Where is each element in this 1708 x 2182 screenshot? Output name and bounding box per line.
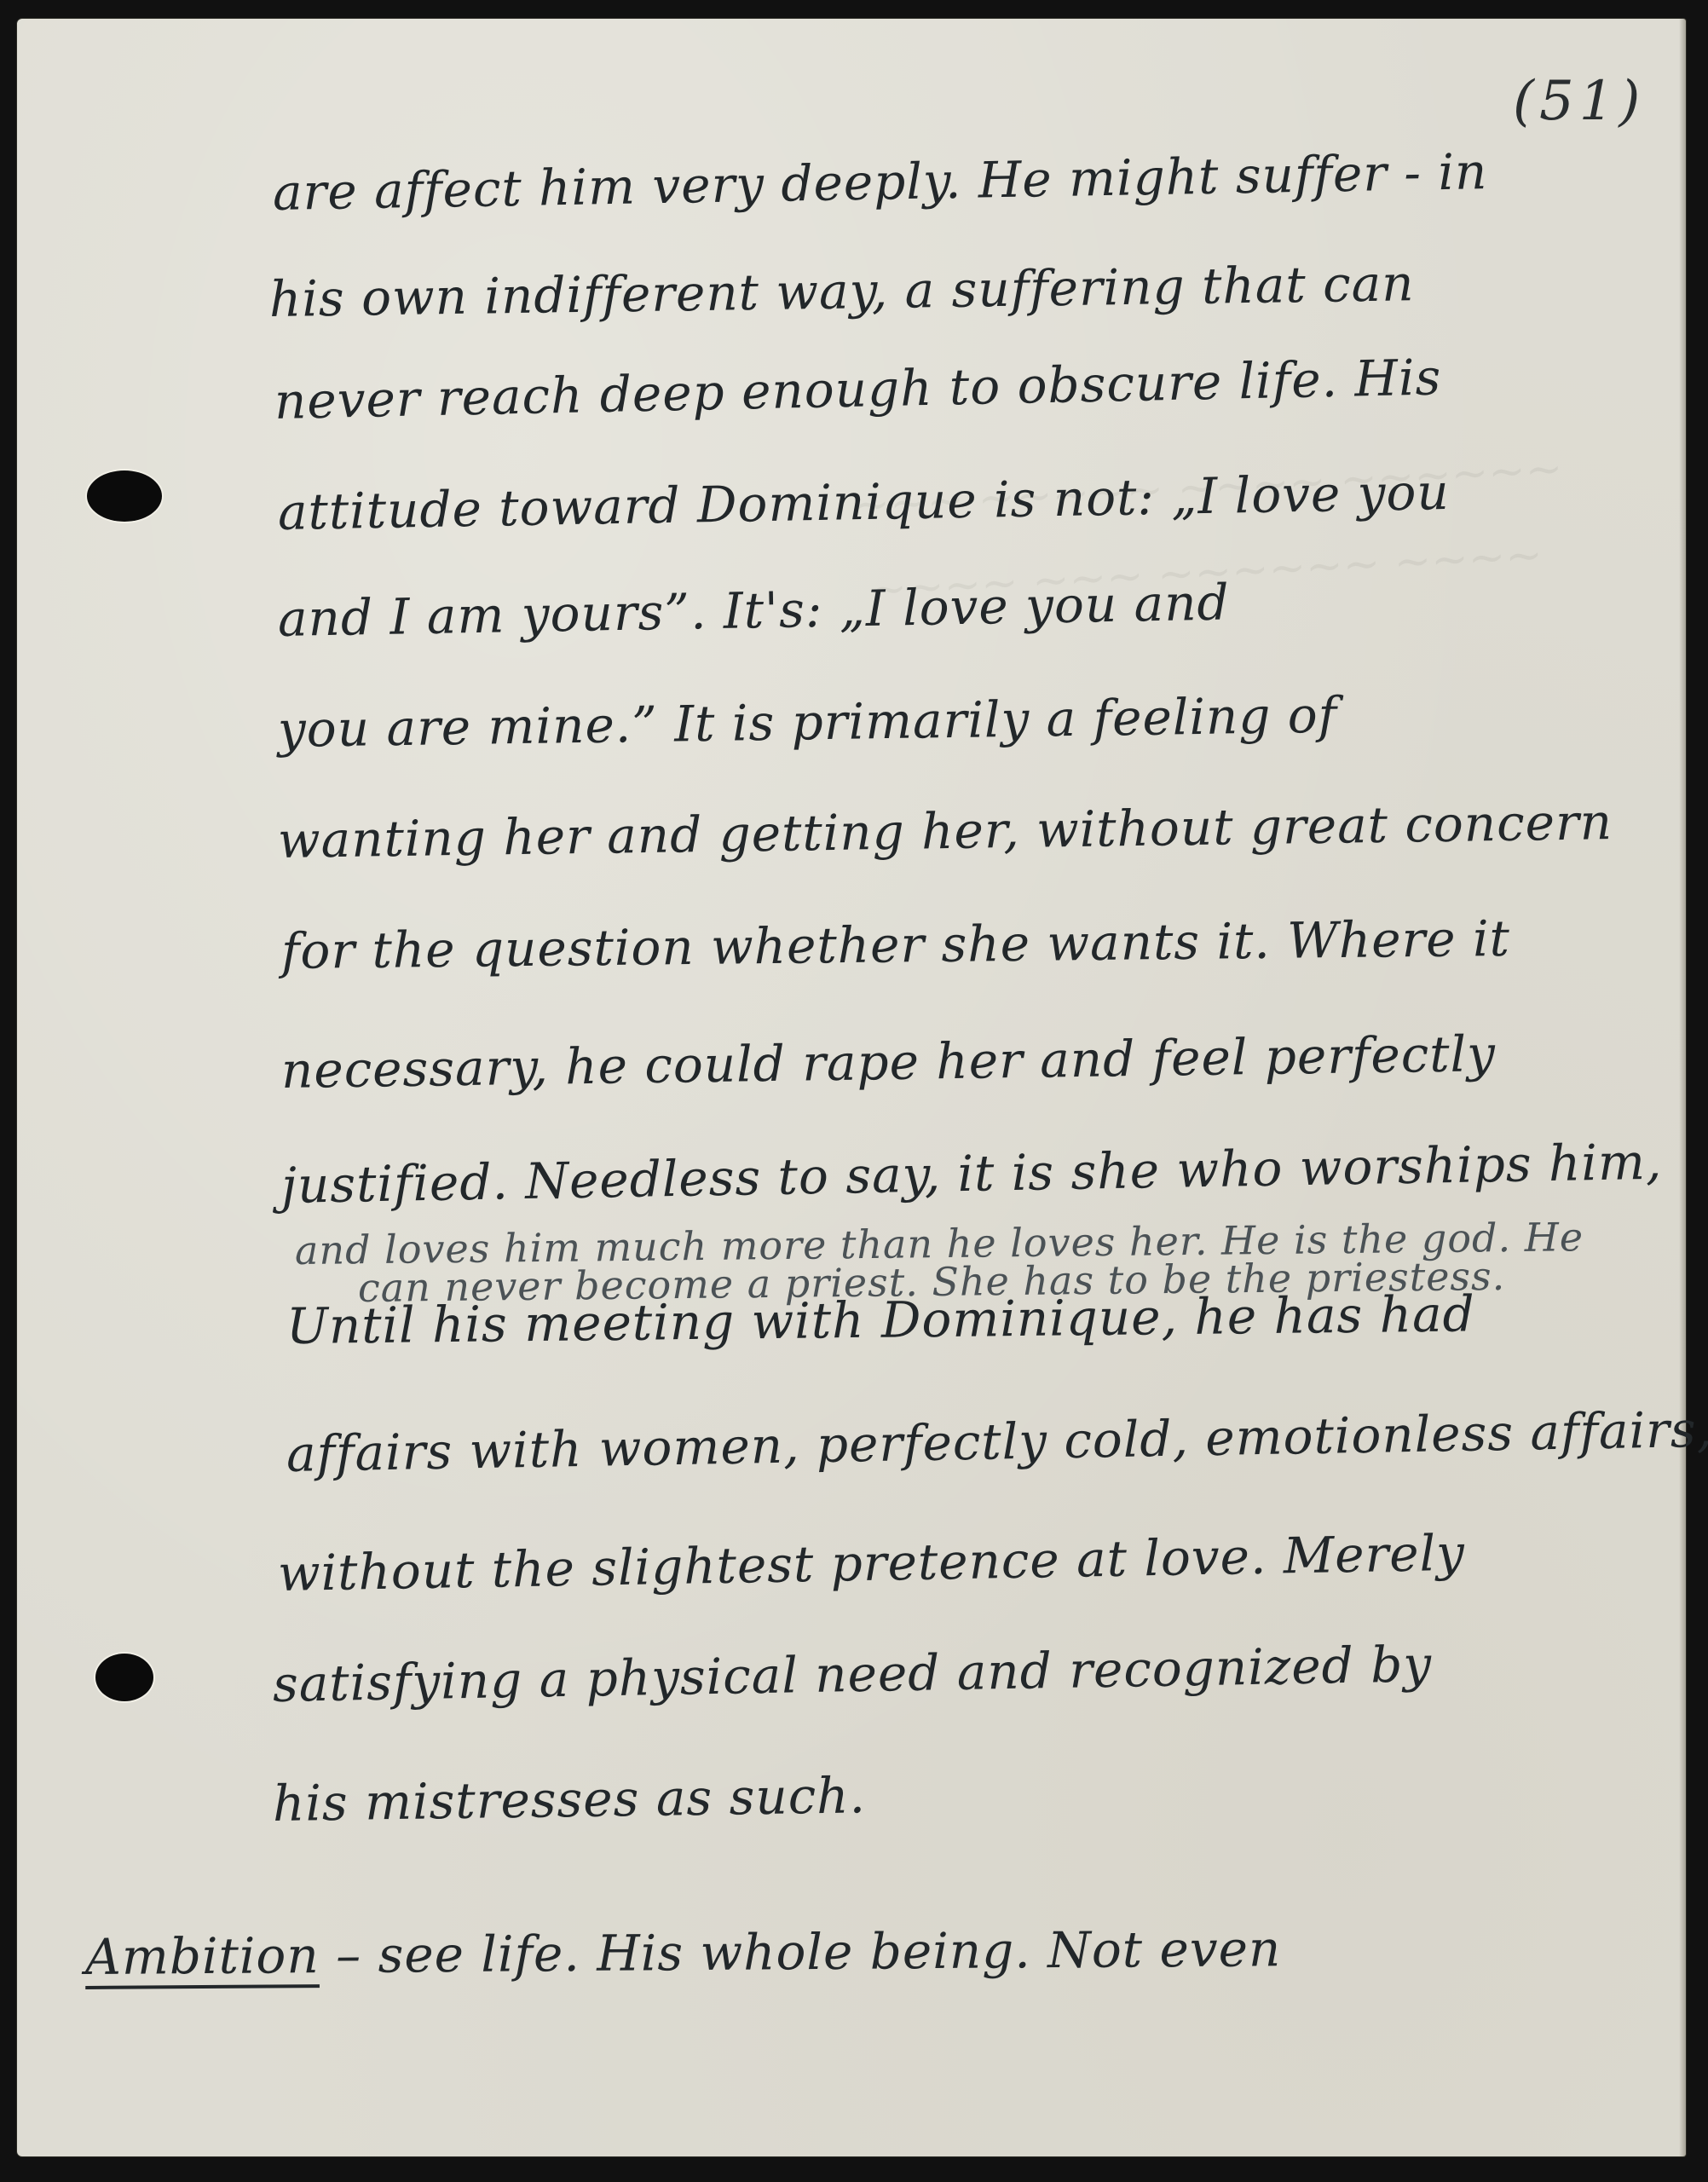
page-edge-shadow: [1679, 19, 1686, 2156]
manuscript-line: wanting her and getting her, without gre…: [278, 793, 1613, 869]
manuscript-line: attitude toward Dominique is not: „I lov…: [277, 463, 1450, 541]
manuscript-line: for the question whether she wants it. W…: [281, 909, 1511, 980]
manuscript-line: never reach deep enough to obscure life.…: [274, 348, 1442, 430]
manuscript-line: satisfying a physical need and recognize…: [272, 1635, 1432, 1713]
manuscript-line: you are mine.” It is primarily a feeling…: [278, 686, 1338, 759]
manuscript-line: are affect him very deeply. He might suf…: [272, 142, 1487, 222]
manuscript-page: ~~~ ~~~~~ ~~~~ ~~~~~~ ~~~~ ~~~ ~~~~~~ ~~…: [17, 19, 1686, 2156]
manuscript-line: justified. Needless to say, it is she wh…: [280, 1133, 1662, 1215]
manuscript-line: affairs with women, perfectly cold, emot…: [286, 1400, 1708, 1483]
section-heading: Ambition: [85, 1926, 320, 1986]
manuscript-line: without the slightest pretence at love. …: [277, 1524, 1465, 1602]
manuscript-line: and I am yours”. It's: „I love you and: [277, 574, 1230, 648]
punch-hole-bottom: [95, 1654, 153, 1701]
manuscript-line: his mistresses as such.: [273, 1766, 867, 1833]
manuscript-line: his own indifferent way, a suffering tha…: [269, 254, 1415, 328]
section-text: – see life. His whole being. Not even: [319, 1919, 1281, 1984]
manuscript-section-line: Ambition – see life. His whole being. No…: [85, 1919, 1282, 1986]
manuscript-line: necessary, he could rape her and feel pe…: [281, 1025, 1497, 1100]
page-number: (51): [1513, 70, 1645, 133]
punch-hole-top: [87, 470, 162, 522]
manuscript-line: Until his meeting with Dominique, he has…: [286, 1284, 1475, 1355]
